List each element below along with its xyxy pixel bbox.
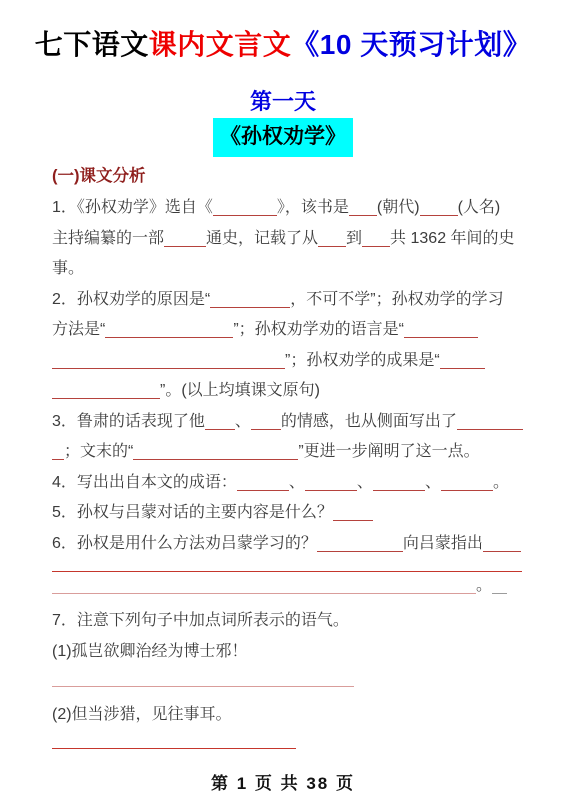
blank-underline <box>237 486 289 491</box>
page-footer: 第 1 页 共 38 页 <box>0 773 566 795</box>
text-segment: 、 <box>357 474 373 491</box>
blank-underline <box>349 211 377 216</box>
text-segment: 》，该书是 <box>277 199 349 216</box>
blank-underline <box>210 303 290 308</box>
title-part-plan: 《10 天预习计划》 <box>291 29 531 60</box>
q6-answer-rule-1 <box>52 559 566 572</box>
blank-underline <box>52 589 476 594</box>
blank-underline <box>105 333 233 338</box>
text-segment: ”更进一步阐明了这一点。 <box>298 443 479 460</box>
text-segment: ”。(以上均填课文原句) <box>160 382 320 399</box>
text-segment: 共 1362 年间的史 <box>390 230 515 247</box>
text-segment: (2)但当涉猎，见往事耳。 <box>52 706 232 723</box>
blank-underline <box>333 516 373 521</box>
blank-underline <box>164 242 206 247</box>
q2-line-3: ”；孙权劝学的成果是“ <box>52 346 566 377</box>
q2-line-2: 方法是“”；孙权劝学劝的语言是“ <box>52 315 566 346</box>
q7-item-2-answer-rule <box>52 731 566 751</box>
q3-line-2: ；文末的“”更进一步阐明了这一点。 <box>52 437 566 468</box>
text-segment: (朝代) <box>377 199 420 216</box>
blank-underline <box>373 486 425 491</box>
worksheet-page: 七下语文课内文言文《10 天预习计划》 第一天 《孙权劝学》 (一)课文分析 1… <box>0 0 566 800</box>
lesson-heading-row: 《孙权劝学》 <box>0 118 566 157</box>
q6-line-1: 6．孙权是用什么方法劝吕蒙学习的？向吕蒙指出 <box>52 529 566 560</box>
q1-line-1: 1．《孙权劝学》选自《》，该书是(朝代)(人名) <box>52 193 566 224</box>
text-segment: 到 <box>346 230 362 247</box>
text-segment: (人名) <box>458 199 501 216</box>
blank-underline <box>317 547 403 552</box>
text-segment: ”；孙权劝学的成果是“ <box>285 352 440 369</box>
q4-line-1: 4．写出出自本文的成语：、、、。 <box>52 468 566 499</box>
blank-underline <box>52 455 64 460</box>
text-segment: 事。 <box>52 260 84 277</box>
blank-underline <box>52 682 354 687</box>
content-lines: 1．《孙权劝学》选自《》，该书是(朝代)(人名)主持编纂的一部通史，记载了从到共… <box>52 193 566 751</box>
blank-underline <box>457 425 523 430</box>
text-segment: 、 <box>425 474 441 491</box>
title-part-grade: 七下语文 <box>35 29 149 60</box>
q5-line-1: 5．孙权与吕蒙对话的主要内容是什么？ <box>52 498 566 529</box>
q2-line-4: ”。(以上均填课文原句) <box>52 376 566 407</box>
blank-underline <box>492 589 507 594</box>
text-segment: 。 <box>476 577 492 594</box>
text-segment: 5．孙权与吕蒙对话的主要内容是什么？ <box>52 504 333 521</box>
blank-underline <box>52 744 296 749</box>
text-segment: 、 <box>235 413 251 430</box>
text-segment: 。 <box>493 474 509 491</box>
q1-line-3: 事。 <box>52 254 566 285</box>
text-segment: ”；孙权劝学劝的语言是“ <box>233 321 404 338</box>
blank-underline <box>52 394 160 399</box>
text-segment: 主持编纂的一部 <box>52 230 164 247</box>
lesson-heading: 《孙权劝学》 <box>213 118 353 157</box>
text-segment: ，不可不学”；孙权劝学的学习 <box>290 291 503 308</box>
text-segment: 2．孙权劝学的原因是“ <box>52 291 210 308</box>
q2-line-1: 2．孙权劝学的原因是“，不可不学”；孙权劝学的学习 <box>52 285 566 316</box>
q3-line-1: 3．鲁肃的话表现了他、的情感，也从侧面写出了 <box>52 407 566 438</box>
text-segment: (1)孤岂欲卿治经为博士邪！ <box>52 643 248 660</box>
blank-underline <box>404 333 478 338</box>
blank-underline <box>441 486 493 491</box>
text-segment: 的情感，也从侧面写出了 <box>281 413 457 430</box>
text-segment: 3．鲁肃的话表现了他 <box>52 413 205 430</box>
blank-underline <box>305 486 357 491</box>
day-heading: 第一天 <box>0 90 566 114</box>
text-segment: ；文末的“ <box>64 443 133 460</box>
blank-underline <box>52 364 285 369</box>
q7-item-1: (1)孤岂欲卿治经为博士邪！ <box>52 637 566 668</box>
blank-underline <box>440 364 485 369</box>
section-heading: (一)课文分析 <box>52 165 566 187</box>
q1-line-2: 主持编纂的一部通史，记载了从到共 1362 年间的史 <box>52 224 566 255</box>
blank-underline <box>213 211 277 216</box>
blank-underline <box>420 211 458 216</box>
q7-item-2: (2)但当涉猎，见往事耳。 <box>52 700 566 731</box>
text-segment: 6．孙权是用什么方法劝吕蒙学习的？ <box>52 535 317 552</box>
blank-underline <box>318 242 346 247</box>
title-part-subject: 课内文言文 <box>149 29 292 60</box>
text-segment: 7．注意下列句子中加点词所表示的语气。 <box>52 612 349 629</box>
q7-line-1: 7．注意下列句子中加点词所表示的语气。 <box>52 606 566 637</box>
blank-underline <box>205 425 235 430</box>
blank-underline <box>362 242 390 247</box>
blank-underline <box>251 425 281 430</box>
q6-answer-rule-2: 。 <box>52 572 566 599</box>
blank-underline <box>133 455 298 460</box>
text-segment: 方法是“ <box>52 321 105 338</box>
text-segment: 向吕蒙指出 <box>403 535 483 552</box>
q7-item-1-answer-rule <box>52 667 566 691</box>
text-segment: 、 <box>289 474 305 491</box>
text-segment: 4．写出出自本文的成语： <box>52 474 237 491</box>
text-segment: 通史，记载了从 <box>206 230 318 247</box>
blank-underline <box>483 547 521 552</box>
text-segment: 1．《孙权劝学》选自《 <box>52 199 213 216</box>
page-title: 七下语文课内文言文《10 天预习计划》 <box>0 0 566 66</box>
